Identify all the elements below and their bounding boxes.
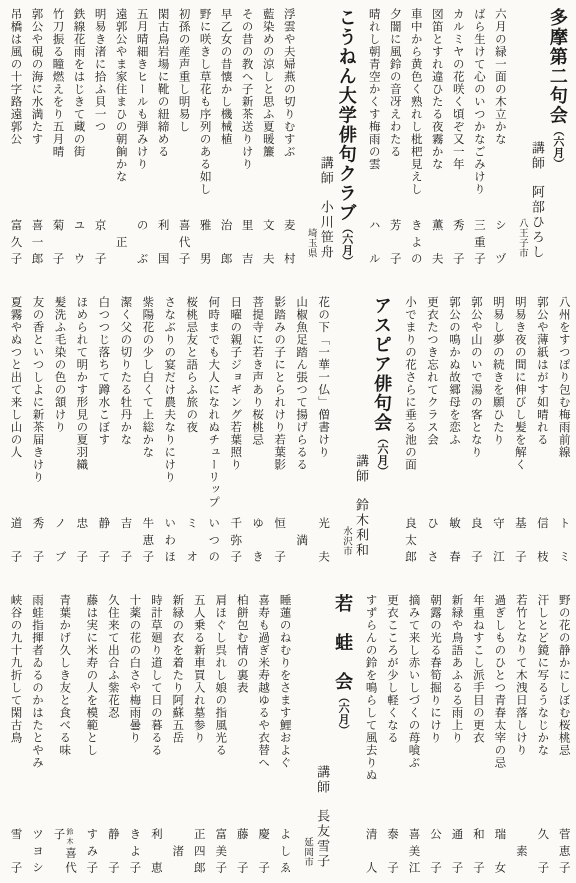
section-header: 若 蛙 会（六月）講師長友雪子延岡市 [298, 594, 357, 879]
poem-text: 睡蓮のねむりをさます鯉およぐ [278, 594, 290, 769]
poem-text: 影踏みの子にとられけり若葉影 [273, 296, 285, 471]
poem-text: 峡谷の九十九折して閑古鳥 [9, 594, 21, 744]
author-name-text: 千弥子 [229, 517, 241, 563]
poem-column: 山椒魚足踏ん張つて揚げらるる満 [293, 296, 309, 568]
author-name-text: 雪子 [10, 828, 22, 874]
author-name-text: 雅男 [199, 219, 211, 265]
author-name: 道子 [9, 517, 21, 563]
author-name-text: 清人 [365, 828, 377, 874]
poem-column: 郭公や硯の海に水満たす喜一郎 [28, 8, 44, 270]
poem-text: 図笛とすれ違ひたる夜霧かな [430, 8, 442, 171]
author-name: 公子 [428, 828, 440, 874]
author-name-text: 文夫 [262, 219, 274, 265]
poem-column: 小でまりの花さらに垂る池の面良太郎 [402, 296, 418, 568]
text-band: 八州をすつぽり包む梅雨前線トミ郭公や薄紙はがす如晴れる信枝明易き夜の間に伸びし髪… [7, 296, 571, 568]
section-title-text: こうねん大学俳句クラブ [337, 8, 357, 223]
author-name: ハル [367, 219, 379, 265]
poem-text: 山椒魚足踏ん張つて揚げらるる [295, 296, 307, 471]
section-header: 多摩第二句会（六月）講師阿部ひろし八王子市 [512, 8, 571, 270]
poem-column: カルミヤの花咲く頃ぞ又一年秀子 [449, 8, 465, 270]
author-name-text: きよ子 [128, 828, 140, 874]
section-title: 多摩第二句会（六月） [549, 8, 567, 169]
author-name-text: 守江 [492, 517, 504, 563]
author-name: 忠子 [75, 517, 87, 563]
lecturer-label: 講師 [355, 454, 368, 484]
author-name: ミオ [185, 517, 197, 563]
section-title-text: アスピア俳句会 [372, 296, 392, 433]
author-name: 清人 [364, 828, 376, 874]
poem-text: 汗しとど鏡に写るうなじかな [536, 594, 548, 757]
author-name-text: 富久子 [10, 219, 22, 265]
poem-text: 桜桃忌友と語らふ旅の夜 [185, 296, 197, 434]
author-name-text: 久子 [536, 828, 548, 874]
author-name-text: きよの [410, 219, 422, 265]
poem-text: 郭公や硯の海に水満たす [30, 8, 42, 146]
author-name-text: 正四郎 [193, 828, 205, 874]
author-name: 京子 [93, 219, 105, 265]
poem-column: 肩ほぐし呉れし娘の指風光る富美子 [212, 594, 228, 879]
poem-column: ばら生けて心のいつかなごみけり三重子 [470, 8, 486, 270]
poem-text: 夏霧やぬつと出て来し山の人 [9, 296, 21, 459]
poem-text: 明易き渚に拾ふ貝一つ [93, 8, 105, 133]
author-name: 雅男 [198, 219, 210, 265]
author-name-text: ひさ [426, 517, 438, 563]
author-name: いわほ [163, 517, 175, 563]
poem-column: 花の下「一華一仏」僧書けり光夫 [315, 296, 331, 568]
author-name: トミ [557, 517, 569, 563]
author-name: ゆき [251, 517, 263, 563]
poem-column: その昔の教へ子新茶送りけり里吉 [238, 8, 254, 270]
author-name: 利恵 [149, 828, 161, 874]
section-lecturer: 講師阿部ひろし [531, 141, 544, 260]
author-name-text: 京子 [94, 219, 106, 265]
poem-text: 鉄線花雨をはじきて蔵の街 [72, 8, 84, 158]
author-name-text: 良子 [470, 517, 482, 563]
author-name-text: ユウ [73, 219, 85, 265]
author-name-text: 菊子 [52, 219, 64, 265]
poem-text: 喜寿も過ぎ米寿越ゆるや衣替へ [257, 594, 269, 769]
author-name: 鈴木喜代子 [52, 828, 75, 874]
author-name-text: 菅恵子 [558, 828, 570, 874]
poem-column: 郭公や薄紙はがす如晴れる信枝 [533, 296, 549, 568]
author-name: 藤子 [235, 828, 247, 874]
author-name: 喜代子 [177, 219, 189, 265]
poem-text: ばら生けて心のいつかなごみけり [472, 8, 484, 196]
section-city: 埼玉県 [305, 228, 315, 258]
poem-text: 過ぎしものひとつ青春太宰の忌 [493, 594, 505, 769]
section-month: （六月） [337, 692, 349, 736]
poem-column: 年重ねすこし派手目の更衣和子 [469, 594, 485, 879]
author-name: 久子 [536, 828, 548, 874]
author-name: 喜一郎 [30, 219, 42, 265]
poem-text: ほめられて明かす形見の夏羽織 [75, 296, 87, 471]
author-name: 信枝 [535, 517, 547, 563]
poem-column: 新緑や鳥語あふるる雨上り通子 [448, 594, 464, 879]
poem-text: 夕闇に風鈴の音冴えわたる [388, 8, 400, 158]
poem-text: 若竹となりて木洩日落しけり [514, 594, 526, 757]
section-title-text: 若 蛙 会 [333, 594, 353, 692]
author-name: きよの [409, 219, 421, 265]
author-name-text: 忠子 [75, 517, 87, 563]
section-month: （六月） [552, 125, 564, 169]
poem-text: 摘みて来し赤いしづくの苺喰ぶ [407, 594, 419, 769]
poem-column: 閑古鳥岩場に靴の紐締める利国 [154, 8, 170, 270]
poem-text: 青葉かげ久しき友と食べる味 [58, 594, 70, 757]
author-name-text: いわほ [163, 517, 175, 563]
author-name-text: トミ [558, 517, 570, 563]
poem-text: 朝露の光る春筍掘りにけり [428, 594, 440, 744]
poem-column: 朝露の光る春筍掘りにけり公子 [426, 594, 442, 879]
lecturer-name: 小川笹舟 [320, 200, 333, 260]
author-name: 千弥子 [229, 517, 241, 563]
author-name: 正 [114, 219, 126, 265]
author-name: 正四郎 [192, 828, 204, 874]
poem-text: 遠郭公やま家住まひの朝餉かな [114, 8, 126, 183]
poem-column: 青葉かげ久しき友と食べる味鈴木喜代子 [50, 594, 77, 879]
poem-column: 初孫の産声重し明易し喜代子 [175, 8, 191, 270]
poem-column: 友の香といつしよに新茶届きけり秀子 [29, 296, 45, 568]
section-city: 八王子市 [516, 218, 526, 258]
poem-column: 遠郭公やま家住まひの朝餉かな正 [112, 8, 128, 270]
author-name-text: 瑞女 [493, 828, 505, 874]
section-lecturer: 講師長友雪子 [316, 765, 329, 869]
section-city: 延岡市 [302, 837, 312, 867]
author-name-text: ミオ [185, 517, 197, 563]
poem-column: 五人乗る新車買入れ墓参り正四郎 [190, 594, 206, 879]
poem-text: 初孫の産声重し明易し [177, 8, 189, 133]
author-name: 守江 [491, 517, 503, 563]
poem-column: 竹刀振る瞳燃えをり五月晴菊子 [49, 8, 65, 270]
poem-column: 雨蛙指揮者ゐるのかはたとやみツヨシ [28, 594, 44, 879]
author-name-text: 正 [115, 236, 127, 249]
section-header: アスピア俳句会（六月）講師鈴木利和水沢市 [337, 296, 396, 568]
author-name-text: 公子 [429, 828, 441, 874]
poem-text: 車中から黄色く熟れし枇杷見えし [409, 8, 421, 196]
author-name: 喜美江 [407, 828, 419, 874]
poem-column: 明易き渚に拾ふ貝一つ京子 [91, 8, 107, 270]
author-name: 秀子 [31, 517, 43, 563]
poem-text: 更衣たつき忘れてクラス会 [425, 296, 437, 446]
poem-text: 十薬の花の白さや梅雨曇り [128, 594, 140, 744]
author-name-text: 麦村 [283, 219, 295, 265]
section-lecturer: 講師小川笹舟 [320, 156, 333, 260]
poem-text: 野の花の静かにしぼむ桜桃忌 [557, 594, 569, 757]
author-name: 瑞女 [493, 828, 505, 874]
poem-column: 車中から黄色く熟れし枇杷見えしきよの [407, 8, 423, 270]
author-name-text: 基子 [514, 517, 526, 563]
poem-text: 藤は実に米寿の人を模範とし [85, 594, 97, 757]
section-title: こうねん大学俳句クラブ（六月） [338, 8, 356, 267]
section-month: （六月） [341, 223, 353, 267]
poem-column: 白つつじ落ちて蹲水こぼす静子 [95, 296, 111, 568]
author-name: 静子 [97, 517, 109, 563]
poem-column: 野に咲きし草花も序列のある如し雅男 [196, 8, 212, 270]
poem-column: 摘みて来し赤いしづくの苺喰ぶ喜美江 [405, 594, 421, 879]
poem-column: 新緑の衣を着たり阿蘇五岳渚 [169, 594, 185, 879]
lecturer-name: 鈴木利和 [355, 498, 368, 558]
author-name-text: 牛恵子 [141, 517, 153, 563]
poem-text: 更衣こころが少し軽くなる [386, 594, 398, 744]
author-name: 敏春 [447, 517, 459, 563]
author-name: 利国 [156, 219, 168, 265]
author-name: 恒子 [273, 517, 285, 563]
author-name-text: ツヨシ [31, 828, 43, 874]
author-name: 雪子 [9, 828, 21, 874]
author-name: ノブ [53, 517, 65, 563]
author-name-text: 満 [295, 534, 307, 547]
poem-text: 潔く父の切りたる牡丹かな [119, 296, 131, 446]
poem-text: 竹刀振る瞳燃えをり五月晴 [51, 8, 63, 158]
poem-text: カルミヤの花咲く頃ぞ又一年 [451, 8, 463, 171]
poem-column: 十薬の花の白さや梅雨曇りきよ子 [126, 594, 142, 879]
poem-text: 八州をすつぽり包む梅雨前線 [557, 296, 569, 459]
author-name-text: 藤子 [236, 828, 248, 874]
author-name-text: ノブ [53, 517, 65, 563]
author-name-text: 道子 [10, 517, 22, 563]
author-name-text: 富美子 [214, 828, 226, 874]
poem-column: ほめられて明かす形見の夏羽織忠子 [73, 296, 89, 568]
poem-column: 時計草廻り道して日の暮るる利恵 [147, 594, 163, 879]
poem-text: その昔の教へ子新茶送りけり [240, 8, 252, 171]
poem-text: 年重ねすこし派手目の更衣 [471, 594, 483, 744]
author-name: 里吉 [240, 219, 252, 265]
poem-column: 早乙女の昔懐かし機械植治郎 [217, 8, 233, 270]
author-name: 富久子 [9, 219, 21, 265]
author-name-text: 治郎 [220, 219, 232, 265]
author-name-text: 泰子 [386, 828, 398, 874]
author-name: 牛恵子 [141, 517, 153, 563]
poem-text: 日曜の親子ジョギング若葉照り [229, 296, 241, 471]
poem-column: 桜桃忌友と語らふ旅の夜ミオ [183, 296, 199, 568]
author-name: 泰子 [386, 828, 398, 874]
poem-column: 藍染めの涼しと思ふ夏暖簾文夫 [259, 8, 275, 270]
author-name-text: よしゑ [279, 828, 291, 874]
poem-column: 明易き夜の間に伸びし髪を解く基子 [511, 296, 527, 568]
poem-text: 明易き夜の間に伸びし髪を解く [513, 296, 525, 471]
text-band: 多摩第二句会（六月）講師阿部ひろし八王子市六月の緑一面の木立かなシヅばら生けて心… [7, 8, 571, 270]
author-name-text: 吉子 [119, 517, 131, 563]
poem-text: 白つつじ落ちて蹲水こぼす [97, 296, 109, 446]
poem-column: 髪洗ふ毛染の色の頷けりノブ [51, 296, 67, 568]
poem-column: 峡谷の九十九折して閑古鳥雪子 [7, 594, 23, 879]
author-name: 文夫 [261, 219, 273, 265]
section-title-text: 多摩第二句会 [548, 8, 568, 125]
poem-column: 明易し夢の続きを願ひたり守江 [489, 296, 505, 568]
author-name-text: 恒子 [273, 517, 285, 563]
author-name-text: いつの [207, 517, 219, 563]
poem-text: すずらんの鈴を鳴らして風去りぬ [364, 594, 376, 782]
poem-text: 菩提寺に若き声あり桜桃忌 [251, 296, 263, 446]
poem-text: 五人乗る新車買入れ墓参り [192, 594, 204, 744]
poem-text: 雨蛙指揮者ゐるのかはたとやみ [30, 594, 42, 769]
section-city: 水沢市 [341, 526, 351, 556]
author-name: 光夫 [317, 517, 329, 563]
author-name-text: 芳子 [389, 219, 401, 265]
poem-column: 晴れし朝青空かくす梅雨の雲ハル [365, 8, 381, 270]
author-name: 芳子 [388, 219, 400, 265]
author-name: 満 [295, 517, 307, 563]
lecturer-name: 長友雪子 [316, 809, 329, 869]
poem-column: 影踏みの子にとられけり若葉影恒子 [271, 296, 287, 568]
poem-column: 菩提寺に若き声あり桜桃忌ゆき [249, 296, 265, 568]
author-name-text: 信枝 [536, 517, 548, 563]
poem-column: 吊橋は風の十字路遠郭公富久子 [7, 8, 23, 270]
author-name: ユウ [72, 219, 84, 265]
poem-column: 汗しとど鏡に写るうなじかな久子 [534, 594, 550, 879]
author-name: 基子 [513, 517, 525, 563]
poem-column: すずらんの鈴を鳴らして風去りぬ清人 [362, 594, 378, 879]
poem-text: 郭公や山のいで湯の客となり [469, 296, 481, 459]
poem-column: 鉄線花雨をはじきて蔵の街ユウ [70, 8, 86, 270]
text-band: 野の花の静かにしぼむ桜桃忌菅恵子汗しとど鏡に写るうなじかな久子若竹となりて木洩日… [7, 594, 571, 879]
author-name: 通子 [450, 828, 462, 874]
poem-text: 藍染めの涼しと思ふ夏暖簾 [261, 8, 273, 158]
author-name-text: 静子 [97, 517, 109, 563]
section-title: 若 蛙 会（六月） [334, 594, 352, 736]
author-name-text: シヅ [494, 219, 506, 265]
author-name: 薫夫 [430, 219, 442, 265]
author-name-text: 喜一郎 [31, 219, 43, 265]
author-name-text: すみ子 [85, 828, 97, 874]
poem-text: 早乙女の昔懐かし機械植 [219, 8, 231, 146]
poem-text: 柏餅包む情の裏表 [235, 594, 247, 694]
author-name: 和子 [471, 828, 483, 874]
poem-column: 浮雲や夫婦燕の切りむすぶ麦村 [280, 8, 296, 270]
poem-text: 久住来て出合ふ紫花忍 [106, 594, 118, 719]
poem-text: 野に咲きし草花も序列のある如し [198, 8, 210, 196]
poem-column: 喜寿も過ぎ米寿越ゆるや衣替へ慶子 [255, 594, 271, 879]
author-name-text: ゆき [251, 517, 263, 563]
poem-text: 花の下「一華一仏」僧書けり [317, 296, 329, 459]
author-name: すみ子 [85, 828, 97, 874]
poem-column: 夕闇に風鈴の音冴えわたる芳子 [386, 8, 402, 270]
lecturer-label: 講師 [531, 141, 544, 171]
author-name-text: 利恵 [150, 828, 162, 874]
poem-text: 紫陽花の少し白くて上総かな [141, 296, 153, 459]
author-name: 菅恵子 [557, 828, 569, 874]
poem-column: 紫陽花の少し白くて上総かな牛恵子 [139, 296, 155, 568]
author-name: よしゑ [278, 828, 290, 874]
poem-text: 肩ほぐし呉れし娘の指風光る [214, 594, 226, 757]
poem-column: 更衣こころが少し軽くなる泰子 [384, 594, 400, 879]
author-name-text: 利国 [157, 219, 169, 265]
author-name: 慶子 [257, 828, 269, 874]
author-name: きよ子 [128, 828, 140, 874]
lecturer-name: 阿部ひろし [531, 185, 544, 260]
poem-column: 何時までも大人になれぬチューリップいつの [205, 296, 221, 568]
author-name: 良子 [469, 517, 481, 563]
author-name-text: のぶ [136, 219, 148, 265]
author-name: 富美子 [214, 828, 226, 874]
author-name-text: 薫夫 [431, 219, 443, 265]
poem-text: 六月の緑一面の木立かな [493, 8, 505, 146]
author-name: シヅ [493, 219, 505, 265]
poem-column: 若竹となりて木洩日落しけり素 [512, 594, 528, 879]
author-name-text: ハル [368, 219, 380, 265]
poem-column: 八州をすつぽり包む梅雨前線トミ [555, 296, 571, 568]
author-name-text: 喜美江 [408, 828, 420, 874]
author-name: ツヨシ [30, 828, 42, 874]
poem-text: さなぶりの宴だけ農夫なりにけり [163, 296, 175, 484]
poem-column: さなぶりの宴だけ農夫なりにけりいわほ [161, 296, 177, 568]
author-name-text: 喜代子 [178, 219, 190, 265]
poem-column: 睡蓮のねむりをさます鯉およぐよしゑ [276, 594, 292, 879]
author-name: 三重子 [472, 219, 484, 265]
poem-column: 五月晴細きヒールも弾みけりのぶ [133, 8, 149, 270]
author-name: ひさ [425, 517, 437, 563]
section-title: アスピア俳句会（六月） [373, 296, 391, 477]
author-name: いつの [207, 517, 219, 563]
poem-text: 明易し夢の続きを願ひたり [491, 296, 503, 446]
author-name-text: 光夫 [317, 517, 329, 563]
author-surname-small: 鈴木 [66, 828, 74, 847]
author-name: 渚 [171, 828, 183, 874]
section-month: （六月） [376, 433, 388, 477]
poem-column: 六月の緑一面の木立かなシヅ [491, 8, 507, 270]
author-name-text: 通子 [450, 828, 462, 874]
section-header: こうねん大学俳句クラブ（六月）講師小川笹舟埼玉県 [301, 8, 360, 270]
author-name-text: 里吉 [241, 219, 253, 265]
author-name-text: 秀子 [31, 517, 43, 563]
poem-column: 日曜の親子ジョギング若葉照り千弥子 [227, 296, 243, 568]
author-name-text: 和子 [472, 828, 484, 874]
poem-text: 新緑の衣を着たり阿蘇五岳 [171, 594, 183, 744]
poem-column: 夏霧やぬつと出て来し山の人道子 [7, 296, 23, 568]
author-name-text: 秀子 [452, 219, 464, 265]
poem-text: 浮雲や夫婦燕の切りむすぶ [282, 8, 294, 158]
poem-text: 時計草廻り道して日の暮るる [149, 594, 161, 757]
poem-text: 髪洗ふ毛染の色の頷けり [53, 296, 65, 434]
poem-text: 閑古鳥岩場に靴の紐締める [156, 8, 168, 158]
author-name: のぶ [135, 219, 147, 265]
lecturer-label: 講師 [320, 156, 333, 186]
poem-text: 新緑や鳥語あふるる雨上り [450, 594, 462, 744]
poem-text: 郭公や薄紙はがす如晴れる [535, 296, 547, 446]
author-name: 秀子 [451, 219, 463, 265]
author-name: 静子 [106, 828, 118, 874]
poem-column: 過ぎしものひとつ青春太宰の忌瑞女 [491, 594, 507, 879]
poem-text: 晴れし朝青空かくす梅雨の雲 [367, 8, 379, 171]
author-name: 菊子 [51, 219, 63, 265]
author-name: 良太郎 [404, 517, 416, 563]
author-name-text: 敏春 [448, 517, 460, 563]
poem-text: 吊橋は風の十字路遠郭公 [9, 8, 21, 146]
poem-text: 小でまりの花さらに垂る池の面 [404, 296, 416, 471]
author-name-text: 慶子 [257, 828, 269, 874]
author-name-text: 素 [515, 845, 527, 858]
poem-text: 五月晴細きヒールも弾みけり [135, 8, 147, 171]
poem-column: 更衣たつき忘れてクラス会ひさ [423, 296, 439, 568]
poem-column: 久住来て出合ふ紫花忍静子 [104, 594, 120, 879]
poem-text: 友の香といつしよに新茶届きけり [31, 296, 43, 484]
poem-text: 郭公の鳴かぬ故郷母を恋ふ [447, 296, 459, 446]
poem-column: 潔く父の切りたる牡丹かな吉子 [117, 296, 133, 568]
author-name-text: 静子 [107, 828, 119, 874]
author-name: 吉子 [119, 517, 131, 563]
author-name: 素 [514, 828, 526, 874]
poem-column: 郭公や山のいで湯の客となり良子 [467, 296, 483, 568]
author-name: 治郎 [219, 219, 231, 265]
author-name: 麦村 [282, 219, 294, 265]
author-name-text: 三重子 [473, 219, 485, 265]
poem-text: 何時までも大人になれぬチューリップ [207, 296, 219, 509]
poem-column: 野の花の静かにしぼむ桜桃忌菅恵子 [555, 594, 571, 879]
poem-column: 図笛とすれ違ひたる夜霧かな薫夫 [428, 8, 444, 270]
lecturer-label: 講師 [316, 765, 329, 795]
page: 多摩第二句会（六月）講師阿部ひろし八王子市六月の緑一面の木立かなシヅばら生けて心… [0, 0, 576, 883]
author-name-text: 渚 [171, 845, 183, 858]
poem-column: 郭公の鳴かぬ故郷母を恋ふ敏春 [445, 296, 461, 568]
